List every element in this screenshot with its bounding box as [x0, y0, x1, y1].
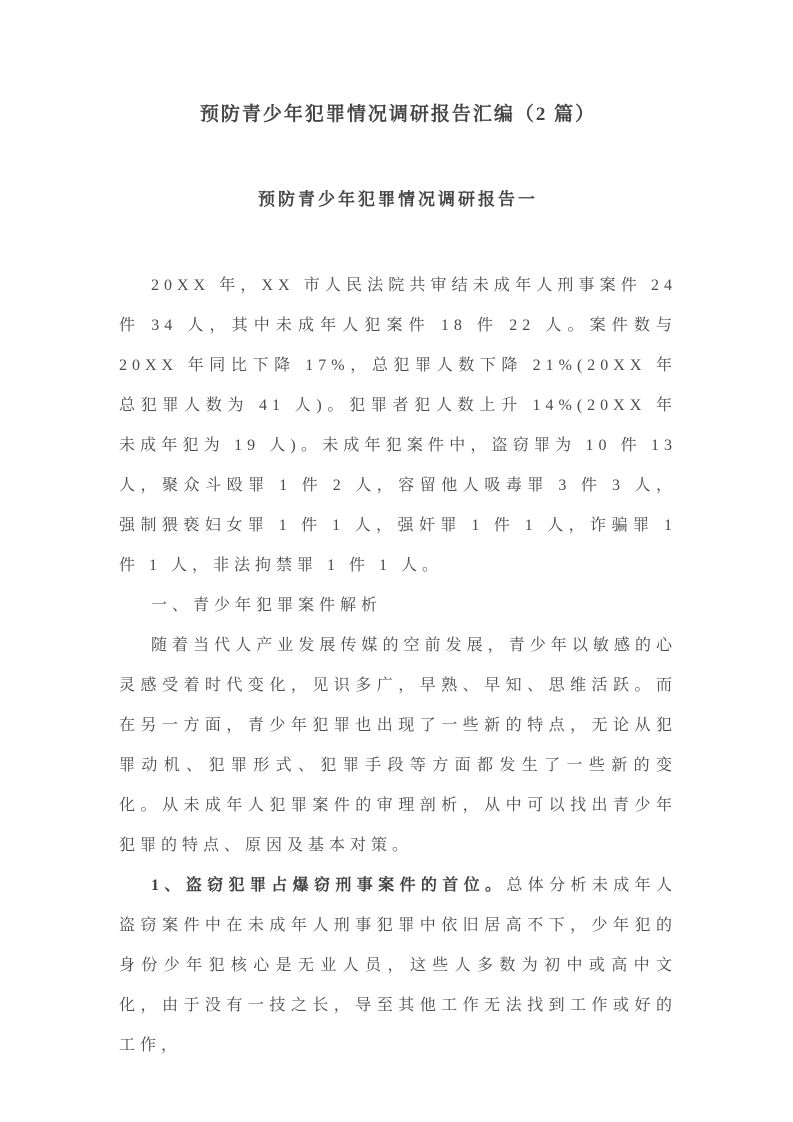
report-one-heading: 预防青少年犯罪情况调研报告一	[119, 186, 677, 214]
paragraph-theft-crime-point: 1、盗窃犯罪占爆窃刑事案件的首位。总体分析未成年人盗窃案件中在未成年人刑事犯罪中…	[119, 866, 677, 1066]
section-heading-case-analysis: 一、青少年犯罪案件解析	[119, 586, 677, 626]
theft-point-body-text: 总体分析未成年人盗窃案件中在未成年人刑事犯罪中依旧居高不下，少年犯的身份少年犯核…	[119, 877, 677, 1054]
document-body: 20XX 年，XX 市人民法院共审结未成年人刑事案件 24 件 34 人，其中未…	[119, 266, 677, 1066]
paragraph-case-statistics: 20XX 年，XX 市人民法院共审结未成年人刑事案件 24 件 34 人，其中未…	[119, 266, 677, 586]
paragraph-analysis-intro: 随着当代人产业发展传媒的空前发展，青少年以敏感的心灵感受着时代变化，见识多广，早…	[119, 626, 677, 866]
theft-point-lead-text: 1、盗窃犯罪占爆窃刑事案件的首位。	[151, 877, 506, 894]
document-title: 预防青少年犯罪情况调研报告汇编（2 篇）	[119, 100, 677, 130]
document-page: 预防青少年犯罪情况调研报告汇编（2 篇） 预防青少年犯罪情况调研报告一 20XX…	[0, 0, 793, 1122]
